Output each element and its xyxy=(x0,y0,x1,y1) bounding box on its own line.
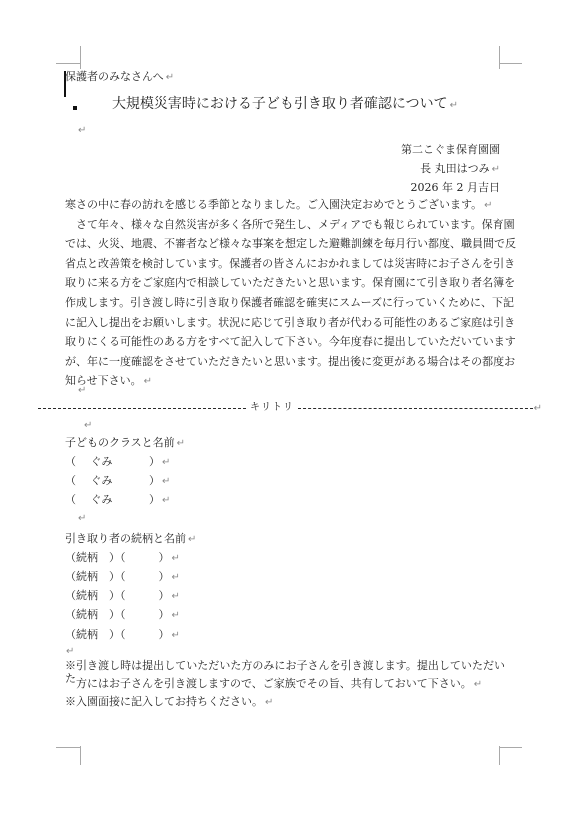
class-name-field-line: （ ぐみ ）↵ xyxy=(65,493,170,507)
date-line: 2026 年 2 月吉日 xyxy=(411,181,500,194)
paragraph-mark-icon: ↵ xyxy=(188,534,196,545)
paragraph-mark-icon: ↵ xyxy=(162,457,170,468)
relation-name-field-line: （続柄 ）（ ）↵ xyxy=(65,551,180,565)
paragraph-mark-icon: ↵ xyxy=(265,697,273,708)
paragraph-mark-icon: ↵ xyxy=(172,630,180,641)
paragraph-mark-icon: ↵ xyxy=(450,100,458,111)
class-name-field-line: （ ぐみ ）↵ xyxy=(65,474,170,488)
paragraph-mark-icon: ↵ xyxy=(172,591,180,602)
body-line: が、年に一度確認をさせていただきたいと思います。提出後に変更がある場合はその都度… xyxy=(65,352,505,372)
body-line: 知らせ下さい。↵ xyxy=(65,371,505,391)
child-class-section-label: 子どものクラスと名前↵ xyxy=(65,436,185,450)
paragraph-mark-icon: ↵ xyxy=(166,72,174,83)
title-row: 大規模災害時における子ども引き取り者確認について↵ xyxy=(65,96,505,114)
note-line: ※入園面接に記入してお持ちください。↵ xyxy=(65,695,273,709)
paragraph-mark-icon: ↵ xyxy=(177,438,185,449)
relation-name-field-line: （続柄 ）（ ）↵ xyxy=(65,628,180,642)
salutation-text: 保護者のみなさんへ xyxy=(65,70,164,83)
body-line: さて年々、様々な自然災害が多く各所で発生し、メディアでも報じられています。保育園 xyxy=(65,215,505,235)
body-line: 取りに来る方をご家庭内で相談していただきたいと思います。保育園にて引き取り者名簿… xyxy=(65,273,505,293)
cut-line-label: キリトリ xyxy=(246,402,298,414)
paragraph-mark-icon: ↵ xyxy=(492,164,500,175)
pickup-section-label: 引き取り者の続柄と名前↵ xyxy=(65,532,196,546)
paragraph-mark-icon: ↵ xyxy=(162,476,170,487)
page-canvas[interactable]: { "page": { "background": "#ffffff", "te… xyxy=(0,0,575,814)
salutation-line: 保護者のみなさんへ↵ xyxy=(65,70,174,84)
paragraph-mark-icon: ↵ xyxy=(66,646,74,657)
body-paragraph: 寒さの中に春の訪れを感じる季節となりました。ご入園決定おめでとうございます。↵ … xyxy=(65,195,505,391)
cut-line: キリトリ ↵ xyxy=(38,401,542,415)
relation-name-field-line: （続柄 ）（ ）↵ xyxy=(65,589,180,603)
body-line: 作成します。引き渡し時に引き取り保護者確認を確実にスムーズに行っていくために、下… xyxy=(65,293,505,313)
sender-name-line-1: 第二こぐま保育園園 xyxy=(401,143,500,156)
sender-name-line-2: 長 丸田はつみ↵ xyxy=(420,162,500,176)
body-line: では、火災、地震、不審者など様々な事案を想定した避難訓練を毎月行い都度、職員間で… xyxy=(65,234,505,254)
paragraph-mark-icon: ↵ xyxy=(172,610,180,621)
class-name-field-line: （ ぐみ ）↵ xyxy=(65,455,170,469)
relation-name-field-line: （続柄 ）（ ）↵ xyxy=(65,570,180,584)
paragraph-mark-icon: ↵ xyxy=(474,679,482,690)
paragraph-mark-icon: ↵ xyxy=(78,385,86,396)
note-line: 方にはお子さんを引き渡しますので、ご家族でその旨、共有しておいて下さい。↵ xyxy=(65,677,482,691)
body-line: に記入し提出をお願いします。状況に応じて引き取り者が代わる可能性のあるご家庭は引… xyxy=(65,313,505,333)
relation-name-field-line: （続柄 ）（ ）↵ xyxy=(65,608,180,622)
paragraph-mark-icon: ↵ xyxy=(78,125,86,136)
body-line: 寒さの中に春の訪れを感じる季節となりました。ご入園決定おめでとうございます。↵ xyxy=(65,195,505,215)
paragraph-mark-icon: ↵ xyxy=(172,553,180,564)
paragraph-mark-icon: ↵ xyxy=(534,403,542,414)
cut-line-dash-left xyxy=(38,408,246,409)
cut-line-dash-right xyxy=(298,408,533,409)
document-title: 大規模災害時における子ども引き取り者確認について xyxy=(112,96,448,112)
body-line: 省点と改善策を検討しています。保護者の皆さんにおかれましては災害時にお子さんを引… xyxy=(65,254,505,274)
paragraph-mark-icon: ↵ xyxy=(172,572,180,583)
paragraph-mark-icon: ↵ xyxy=(78,513,86,524)
paragraph-mark-icon: ↵ xyxy=(162,495,170,506)
body-line: 取りにくる可能性のある方をすべて記入して下さい。今年度春に提出していただいていま… xyxy=(65,332,505,352)
paragraph-mark-icon: ↵ xyxy=(144,376,152,387)
paragraph-mark-icon: ↵ xyxy=(84,420,92,431)
paragraph-mark-icon: ↵ xyxy=(484,200,492,211)
